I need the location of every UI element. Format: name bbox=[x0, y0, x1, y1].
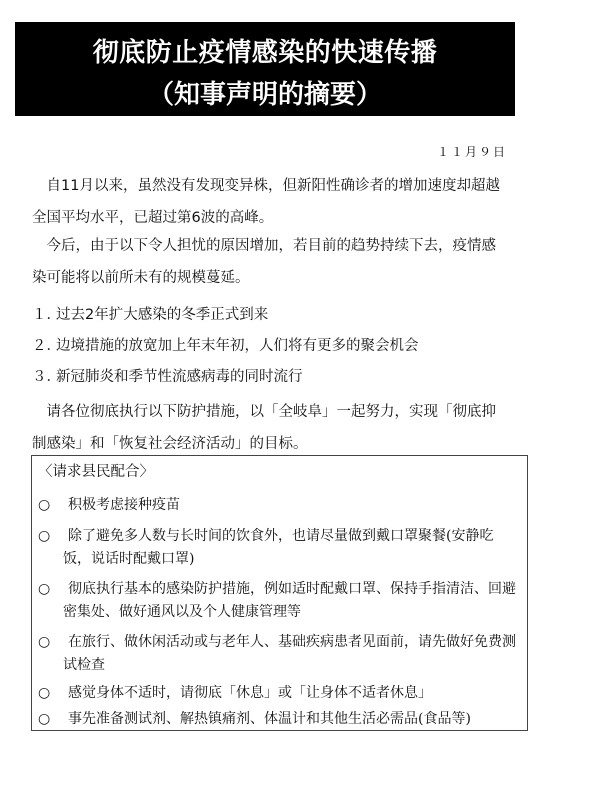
circle-bullet-icon: ○ bbox=[38, 682, 50, 705]
page-subtitle: （知事声明的摘要） bbox=[15, 74, 515, 111]
reason-item: １．过去2年扩大感染的冬季正式到来 bbox=[32, 300, 419, 331]
title-banner: 彻底防止疫情感染的快速传播 （知事声明的摘要） bbox=[15, 22, 515, 116]
measure-item: ○ 积极考虑接种疫苗 bbox=[38, 494, 518, 517]
paragraph-call-to-action: 请各位彻底执行以下防护措施，以「全岐阜」一起努力，实现「彻底抑制感染」和「恢复社… bbox=[32, 396, 507, 460]
measure-item: ○ 除了避免多人数与长时间的饮食外，也请尽量做到戴口罩聚餐(安静吃饭，说话时配戴… bbox=[38, 525, 518, 571]
paragraph-situation: 自11月以来，虽然没有发现变异株，但新阳性确诊者的增加速度却超越全国平均水平，已… bbox=[32, 170, 507, 234]
circle-bullet-icon: ○ bbox=[38, 578, 50, 601]
circle-bullet-icon: ○ bbox=[38, 525, 50, 548]
measures-box: 〈请求县民配合〉 ○ 积极考虑接种疫苗 ○ 除了避免多人数与长时间的饮食外，也请… bbox=[31, 455, 528, 731]
circle-bullet-icon: ○ bbox=[38, 708, 50, 731]
measure-item: ○ 彻底执行基本的感染防护措施，例如适时配戴口罩、保持手指清洁、回避密集处、做好… bbox=[38, 578, 518, 624]
measure-item: ○ 事先准备测试剂、解热镇痛剂、体温计和其他生活必需品(食品等) bbox=[38, 708, 518, 731]
date: １１月９日 bbox=[437, 143, 507, 160]
measures-title: 〈请求县民配合〉 bbox=[38, 460, 154, 481]
reasons-list: １．过去2年扩大感染的冬季正式到来 ２．边境措施的放宽加上年末年初，人们将有更多… bbox=[32, 300, 419, 393]
measure-item: ○ 在旅行、做休闲活动或与老年人、基础疾病患者见面前，请先做好免费测试检查 bbox=[38, 631, 518, 677]
reason-item: ３．新冠肺炎和季节性流感病毒的同时流行 bbox=[32, 362, 419, 393]
reason-item: ２．边境措施的放宽加上年末年初，人们将有更多的聚会机会 bbox=[32, 331, 419, 362]
page-title: 彻底防止疫情感染的快速传播 bbox=[15, 32, 515, 69]
circle-bullet-icon: ○ bbox=[38, 494, 50, 517]
paragraph-outlook: 今后，由于以下令人担忧的原因增加，若目前的趋势持续下去，疫情感染可能将以前所未有… bbox=[32, 230, 507, 294]
circle-bullet-icon: ○ bbox=[38, 631, 50, 654]
measure-item: ○ 感觉身体不适时，请彻底「休息」或「让身体不适者休息」 bbox=[38, 682, 518, 705]
